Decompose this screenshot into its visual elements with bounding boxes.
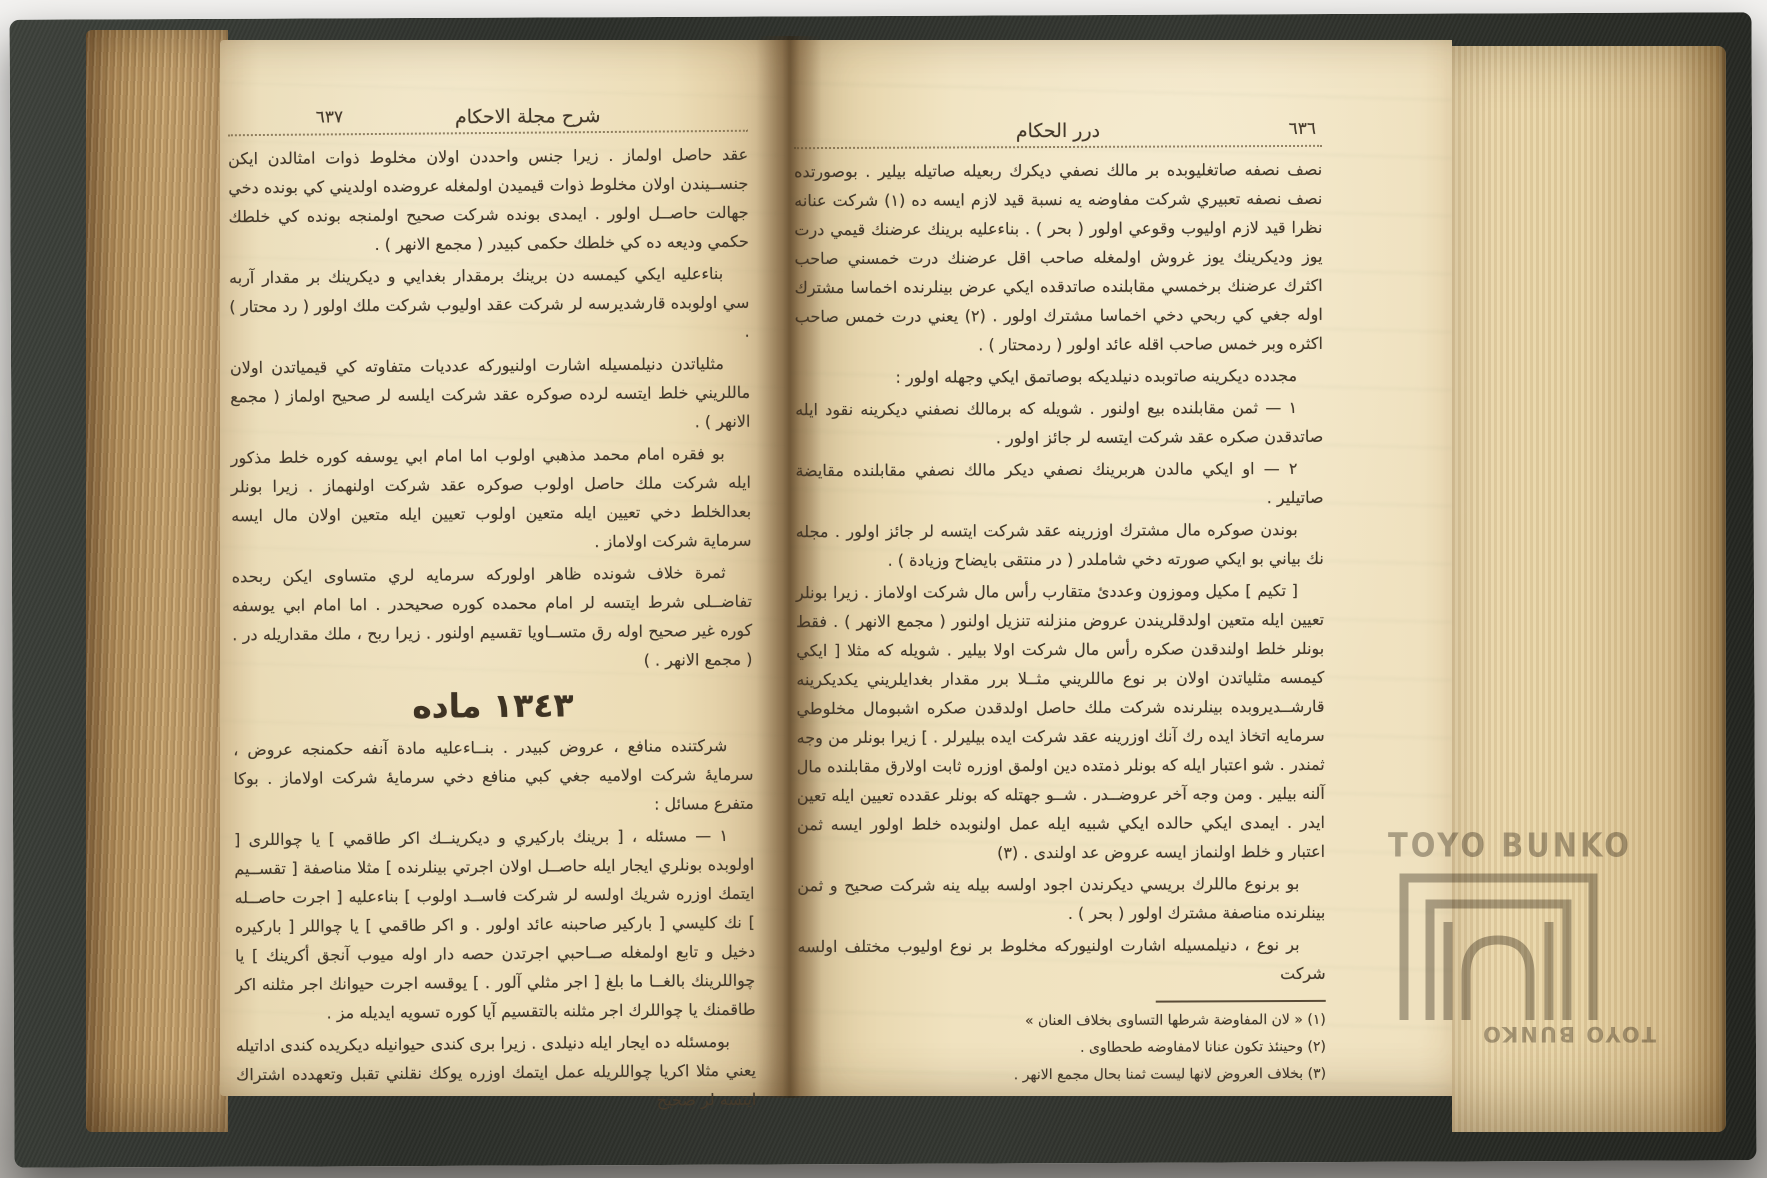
body-paragraph: ١ — ثمن مقابلنده بيع اولنور . شويله كه ب…	[795, 393, 1323, 453]
left-page: ٦٣٧ شرح مجلة الاحكام عقد حاصل اولماز . ز…	[220, 40, 788, 1096]
body-paragraph: بر نوع ، دنيلمسيله اشارت اولنيوركه مخلوط…	[797, 930, 1325, 990]
page-edges-right	[1452, 46, 1726, 1132]
left-text-column: ٦٣٧ شرح مجلة الاحكام عقد حاصل اولماز . ز…	[228, 90, 757, 1121]
page-edges-left	[86, 30, 228, 1132]
right-page: درر الحكام ٦٣٦ نصف نصفه صاتغليوبده بر ما…	[788, 40, 1452, 1096]
body-paragraph: بو برنوع ماللرك بريسي ديكرندن اجود اولسه…	[797, 869, 1325, 929]
left-page-header: ٦٣٧ شرح مجلة الاحكام	[228, 90, 748, 137]
body-paragraph: [ تكيم ] مكيل وموزون وعددئ متقارب رأس ما…	[796, 576, 1325, 868]
footnote: (٣) بخلاف العروض لانها ليست ثمنا بحال مج…	[798, 1062, 1326, 1089]
body-paragraph: عقد حاصل اولماز . زيرا جنس واحددن اولان …	[228, 140, 749, 261]
footnote-separator	[1156, 1000, 1326, 1003]
body-paragraph: بومسئله ده ايجار ايله دنيلدى . زيرا برى …	[236, 1027, 757, 1119]
right-text-column: درر الحكام ٦٣٦ نصف نصفه صاتغليوبده بر ما…	[794, 105, 1326, 1091]
body-paragraph: ١ — مسئله ، [ برينك باركيري و ديكرينــك …	[234, 821, 756, 1029]
footnote: (١) « لان المفاوضة شرطها التساوى بخلاف ا…	[798, 1008, 1326, 1035]
body-paragraph: نصف نصفه صاتغليوبده بر مالك نصفي ديكرك ر…	[794, 155, 1323, 360]
right-page-number: ٦٣٦	[1289, 119, 1316, 139]
body-paragraph: مجدده ديكرينه صاتوبده دنيلديكه بوصاتمق ا…	[795, 361, 1323, 392]
footnote: (٢) وحينئذ تكون عنانا لامفاوضه طحطاوى .	[798, 1035, 1326, 1062]
article-heading-madde-1343: ١٣٤٣ ماده	[233, 684, 753, 728]
right-running-title: درر الحكام	[1016, 120, 1100, 142]
body-paragraph: بناءعليه ايكي كيمسه دن برينك برمقدار بغد…	[229, 259, 750, 351]
left-running-title: شرح مجلة الاحكام	[455, 105, 601, 128]
right-page-header: درر الحكام ٦٣٦	[794, 105, 1322, 149]
body-paragraph: شركتنده منافع ، عروض كبيدر . بنــاءعليه …	[233, 731, 754, 823]
left-page-number: ٦٣٧	[316, 107, 344, 127]
book-photo: ٦٣٧ شرح مجلة الاحكام عقد حاصل اولماز . ز…	[0, 0, 1767, 1178]
body-paragraph: بوندن صوكره مال مشترك اوزرينه عقد شركت ا…	[796, 515, 1324, 575]
body-paragraph: مثلياتدن دنيلمسيله اشارت اولنيوركه عدديا…	[230, 349, 751, 441]
body-paragraph: ٢ — او ايكي مالدن هربرينك نصفي ديكر مالك…	[795, 454, 1323, 514]
body-paragraph: بو فقره امام محمد مذهبي اولوب اما امام ا…	[231, 439, 752, 560]
body-paragraph: ثمرة خلاف شونده ظاهر اولوركه سرمايه لري …	[232, 558, 753, 679]
